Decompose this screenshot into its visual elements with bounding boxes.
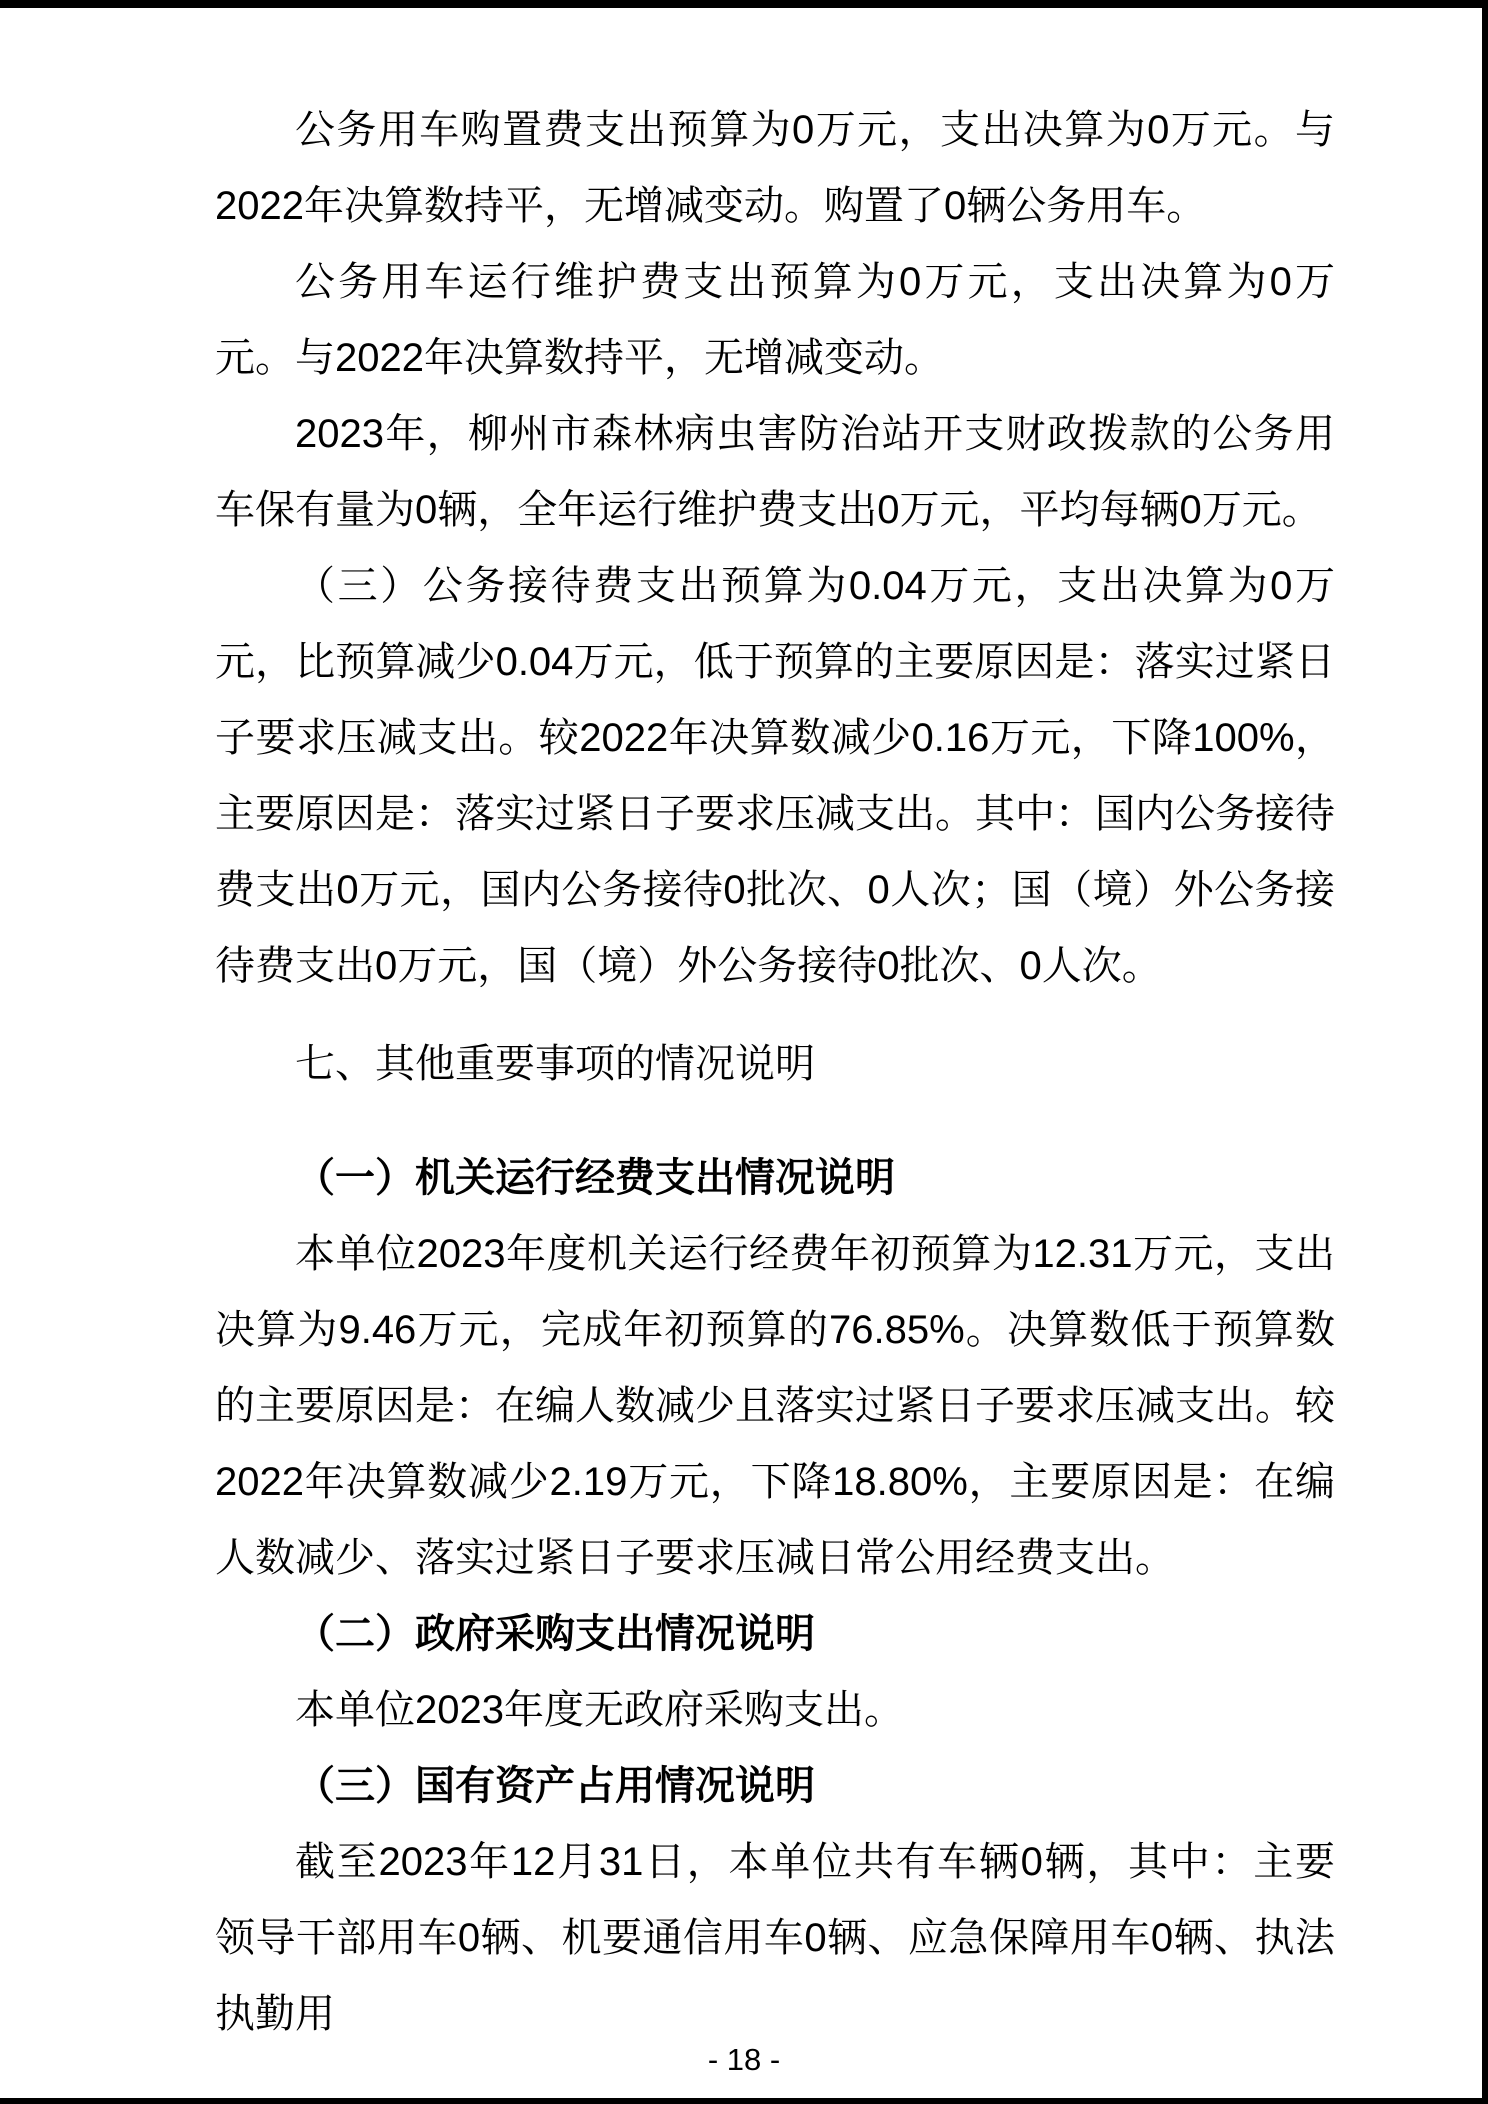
- page-number: - 18 -: [0, 2042, 1488, 2078]
- document-body: 公务用车购置费支出预算为0万元，支出决算为0万元。与2022年决算数持平，无增减…: [215, 92, 1335, 2052]
- scan-edge-right: [1482, 0, 1488, 2104]
- document-page: 公务用车购置费支出预算为0万元，支出决算为0万元。与2022年决算数持平，无增减…: [0, 0, 1488, 2104]
- scan-edge-top: [0, 0, 1488, 8]
- paragraph: 公务用车运行维护费支出预算为0万元，支出决算为0万元。与2022年决算数持平，无…: [215, 244, 1335, 396]
- paragraph: （三）公务接待费支出预算为0.04万元，支出决算为0万元，比预算减少0.04万元…: [215, 548, 1335, 1004]
- paragraph: 本单位2023年度机关运行经费年初预算为12.31万元，支出决算为9.46万元，…: [215, 1216, 1335, 1596]
- scan-edge-bottom: [0, 2098, 1488, 2104]
- paragraph: 公务用车购置费支出预算为0万元，支出决算为0万元。与2022年决算数持平，无增减…: [215, 92, 1335, 244]
- section-heading: （二）政府采购支出情况说明: [215, 1596, 1335, 1672]
- section-heading: （一）机关运行经费支出情况说明: [215, 1140, 1335, 1216]
- paragraph: 本单位2023年度无政府采购支出。: [215, 1672, 1335, 1748]
- paragraph: 截至2023年12月31日，本单位共有车辆0辆，其中：主要领导干部用车0辆、机要…: [215, 1824, 1335, 2052]
- section-heading: 七、其他重要事项的情况说明: [215, 1026, 1335, 1102]
- paragraph: 2023年，柳州市森林病虫害防治站开支财政拨款的公务用车保有量为0辆，全年运行维…: [215, 396, 1335, 548]
- section-heading: （三）国有资产占用情况说明: [215, 1748, 1335, 1824]
